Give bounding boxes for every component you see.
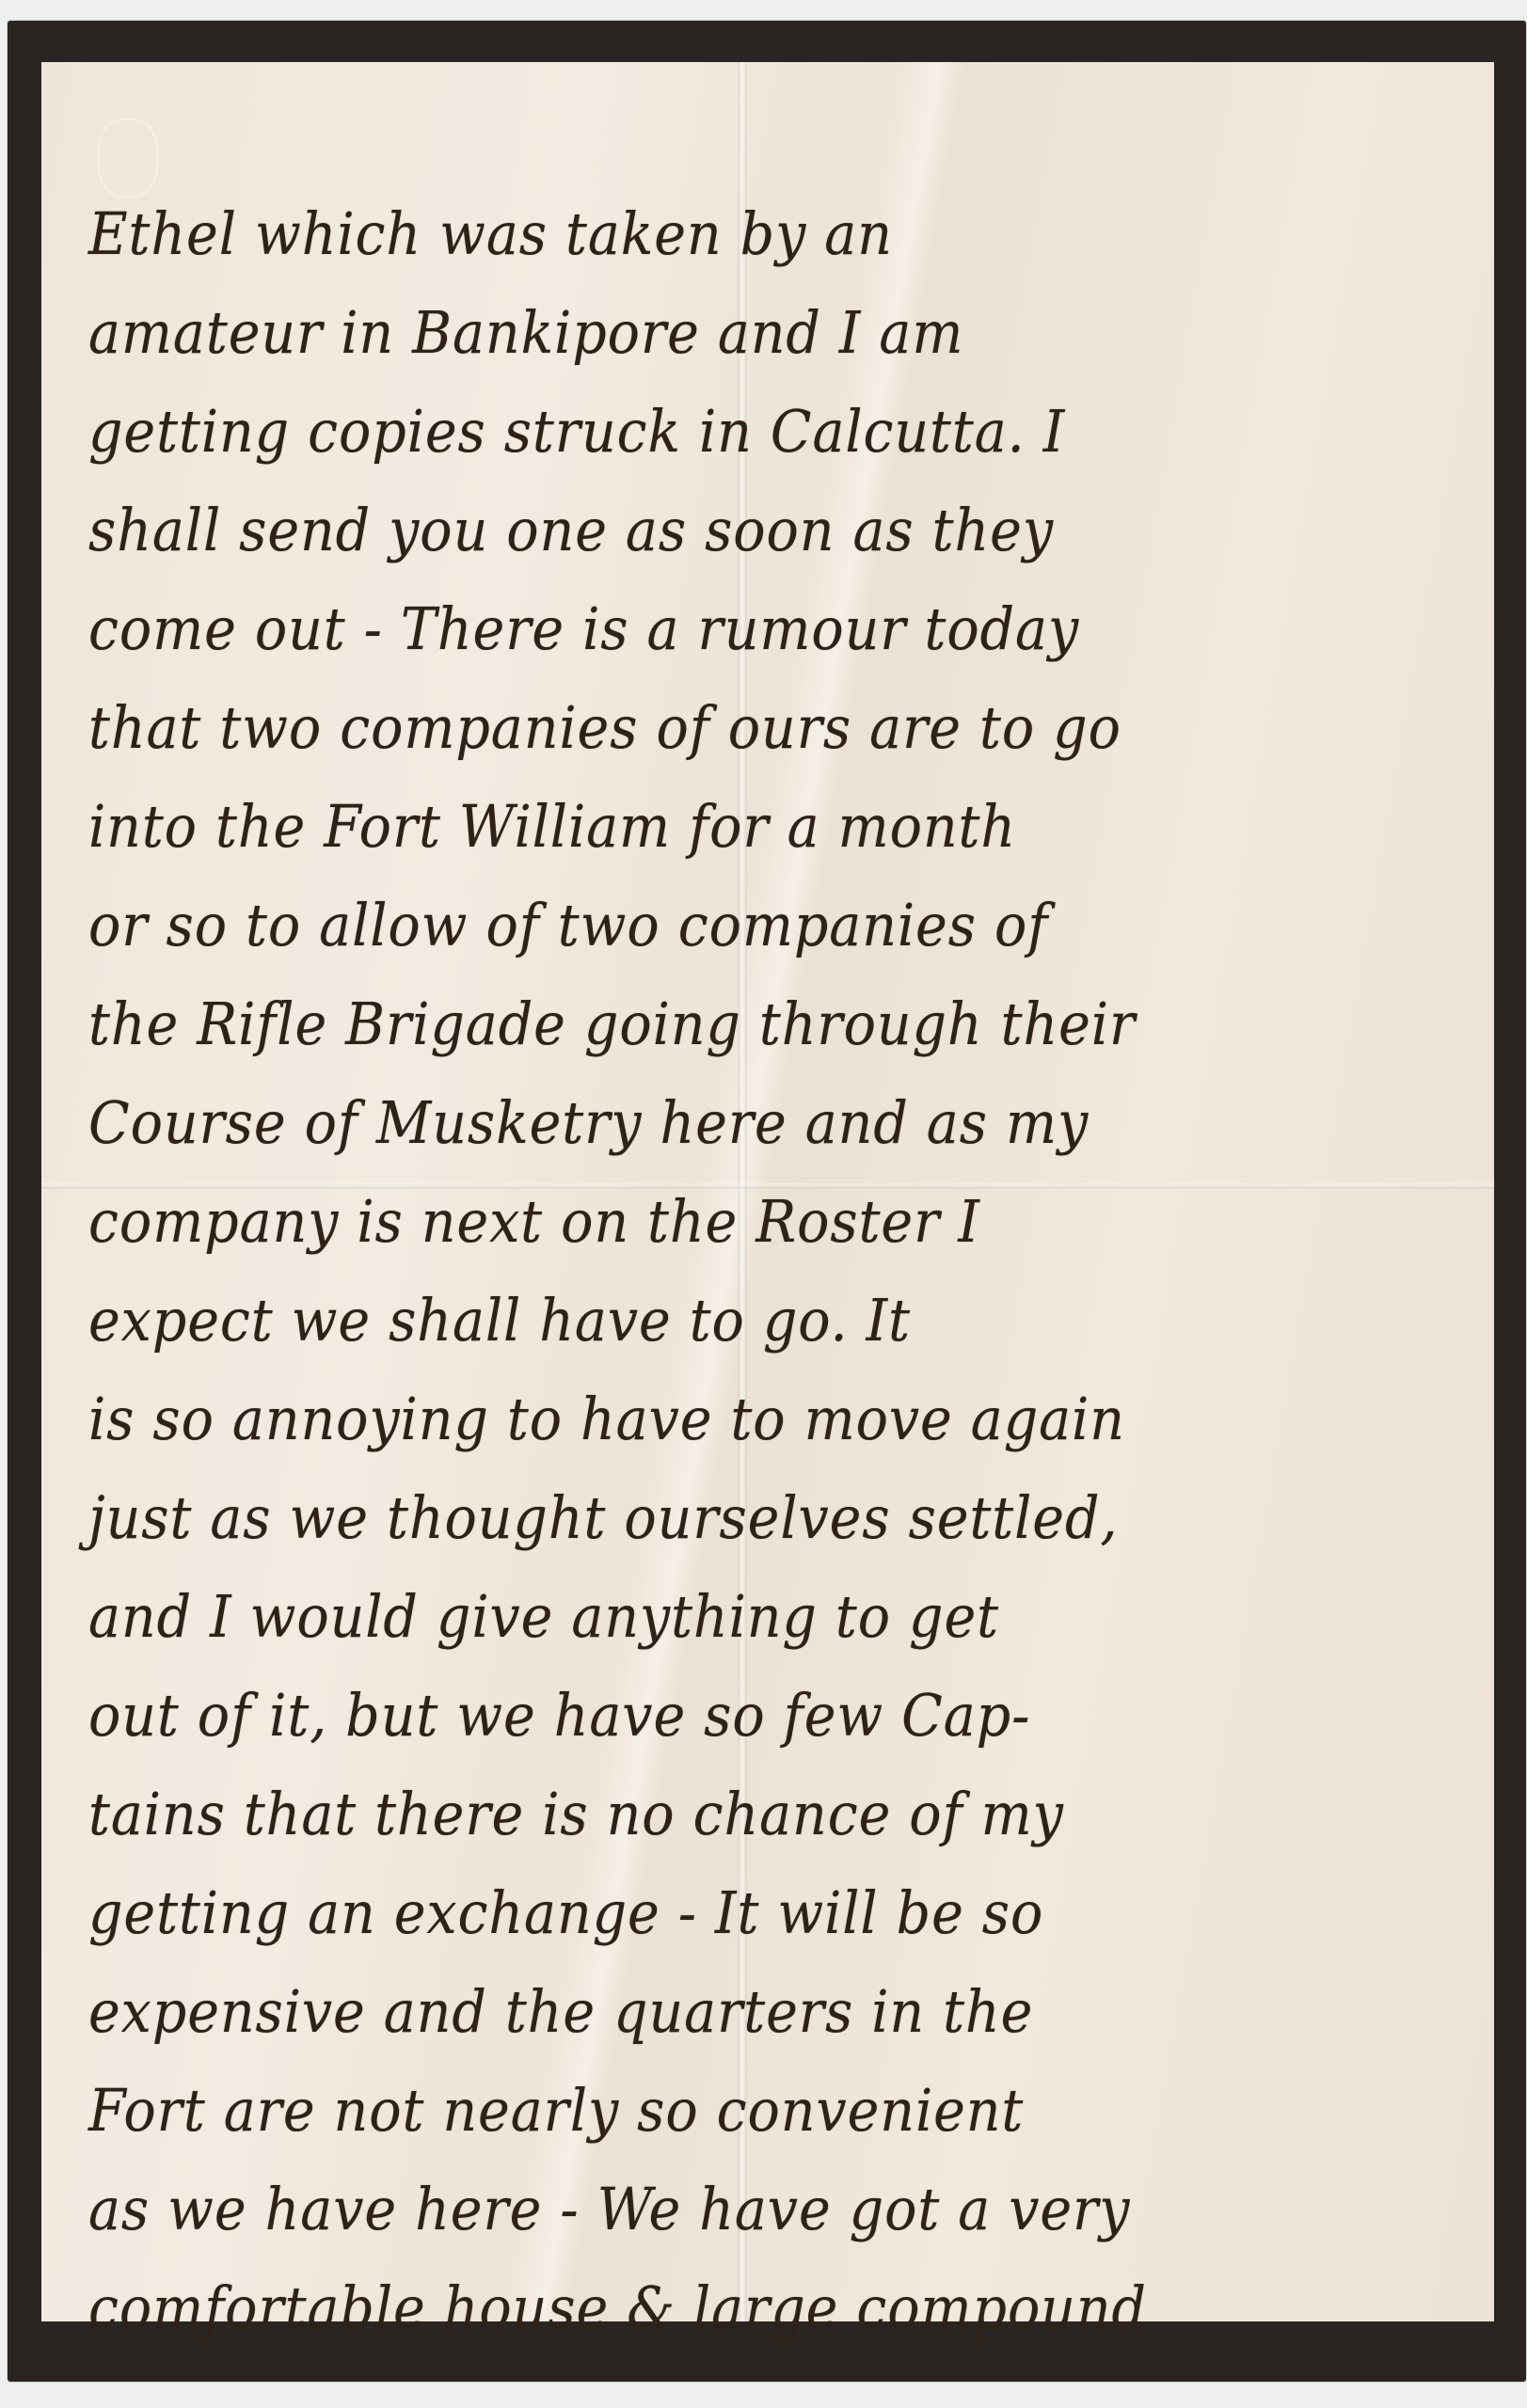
letter-sheet: Ethel which was taken by an amateur in B… <box>8 21 1526 2382</box>
handwritten-text-body: Ethel which was taken by an amateur in B… <box>88 184 1475 2357</box>
text-line: company is next on the Roster I <box>88 1172 1364 1271</box>
text-line: Fort are not nearly so convenient <box>88 2061 1364 2160</box>
text-line: amateur in Bankipore and I am <box>88 283 1364 382</box>
text-line: shall send you one as soon as they <box>88 481 1364 579</box>
text-line: expensive and the quarters in the <box>88 1962 1364 2061</box>
text-line: Course of Musketry here and as my <box>88 1073 1364 1172</box>
text-line: that two companies of ours are to go <box>88 678 1364 777</box>
text-line: the Rifle Brigade going through their <box>88 974 1364 1073</box>
text-line: as we have here - We have got a very <box>88 2160 1364 2258</box>
text-line: tains that there is no chance of my <box>88 1765 1364 1863</box>
text-line: or so to allow of two companies of <box>88 876 1364 974</box>
text-line: out of it, but we have so few Cap- <box>88 1666 1364 1765</box>
text-line: and I would give anything to get <box>88 1567 1364 1666</box>
text-line: just as we thought ourselves settled, <box>88 1468 1364 1567</box>
text-line: into the Fort William for a month <box>88 777 1364 876</box>
text-line: expect we shall have to go. It <box>88 1271 1364 1370</box>
letter-paper: Ethel which was taken by an amateur in B… <box>41 62 1494 2321</box>
text-line: getting copies struck in Calcutta. I <box>88 382 1364 481</box>
text-line: Ethel which was taken by an <box>88 184 1364 283</box>
text-line: is so annoying to have to move again <box>88 1370 1364 1468</box>
text-line: getting an exchange - It will be so <box>88 1863 1364 1962</box>
text-line: come out - There is a rumour today <box>88 579 1364 678</box>
text-line: comfortable house & large compound <box>88 2258 1364 2357</box>
